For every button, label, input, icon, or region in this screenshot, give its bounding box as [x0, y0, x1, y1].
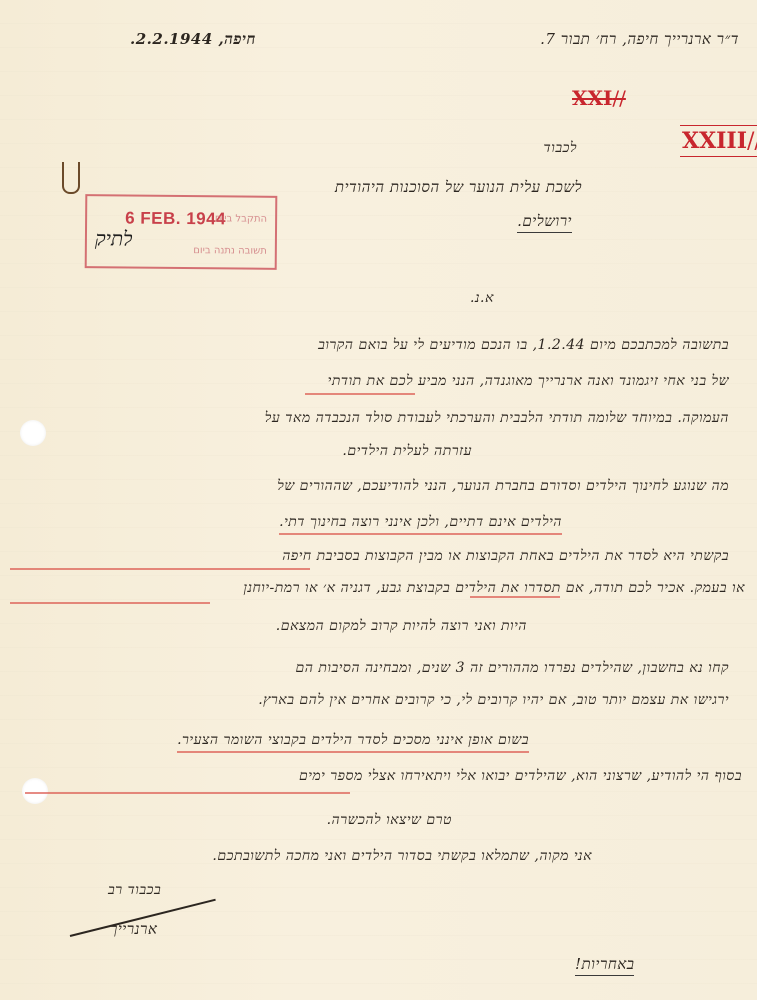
body-line: של בני אחי זיגמונד ואנה ארנרייך מאוגנדה,…: [328, 373, 729, 390]
body-line: בקשתי היא לסדר את הילדים באחת הקבוצות או…: [282, 548, 729, 565]
recipient-salutation: לכבוד: [544, 140, 577, 157]
body-line: עזרתה לעלית הילדים.: [342, 443, 472, 460]
sender-address: ד״ר ארנרייך חיפה, רח׳ תבור 7.: [540, 30, 739, 49]
body-line: מה שנוגע לחינוך הילדים וסדורם בחברת הנוע…: [277, 478, 729, 495]
recipient-organization: לשכת עלית הנוער של הסוכנות היהודית: [335, 178, 582, 197]
red-underline: [10, 568, 310, 570]
body-line: טרם שיצאו להכשרה.: [327, 812, 452, 829]
recipient-city: ירושלים.: [517, 212, 572, 233]
received-stamp: 6 FEB. 1944 התקבל ביום תשובה נתנה ביום ל…: [85, 194, 278, 270]
body-line: היות ואני רוצה להיות קרוב למקום המצאם.: [276, 618, 527, 635]
red-numeral-text: XXIII: [682, 128, 747, 154]
body-line: בתשובה למכתבכם מיום 1.2.44, בו הנכם מודי…: [318, 337, 729, 354]
margin-hook-mark: [62, 162, 80, 194]
closing-regards: בכבוד רב: [108, 882, 161, 899]
body-line-underlined: בשום אופן אינני מסכים לסדר הילדים בקבוצי…: [177, 732, 529, 753]
red-underline: [470, 596, 560, 598]
stamp-date: 6 FEB. 1944: [125, 209, 226, 230]
stamp-label-received: התקבל ביום: [215, 213, 267, 224]
body-line: בסוף הי להודיע, שרצוני הוא, שהילדים יבוא…: [299, 768, 742, 785]
body-line: אני מקוה, שתמלאו בקשתי בסדור הילדים ואני…: [212, 848, 592, 865]
stamp-label-answered: תשובה נתנה ביום: [193, 245, 267, 257]
body-line: העמוקה. במיוחד שלומה תודתי הלבבית והערכת…: [265, 410, 729, 427]
body-line: או בעמק. אכיר לכם תודה, אם תסדרו את הילד…: [243, 580, 745, 597]
red-numeral: XXIII//: [680, 125, 757, 157]
stamp-handwritten-mark: לתיק: [95, 226, 133, 251]
red-underline: [25, 792, 350, 794]
body-line: קחו נא בחשבון, שהילדים נפרדו מההורים זה …: [295, 660, 729, 677]
red-numeral-crossed-text: XXI: [572, 86, 612, 110]
punch-hole-top: [20, 420, 46, 446]
red-underline: [305, 393, 415, 395]
place-date: חיפה, 2.2.1944.: [130, 30, 256, 49]
body-line-underlined: הילדים אינם דתיים, ולכן אינני רוצה בחינו…: [279, 514, 562, 535]
greeting: א.נ.: [470, 290, 494, 307]
body-line: ירגישו את עצמם יותר טוב, אם יהיו קרובים …: [258, 692, 729, 709]
punch-hole-bottom: [22, 778, 48, 804]
letter-page: ד״ר ארנרייך חיפה, רח׳ תבור 7. חיפה, 2.2.…: [0, 0, 757, 1000]
urgent-note: באחריות!: [575, 955, 634, 976]
red-numeral-crossed: XXI//: [572, 86, 626, 110]
red-underline: [10, 602, 210, 604]
